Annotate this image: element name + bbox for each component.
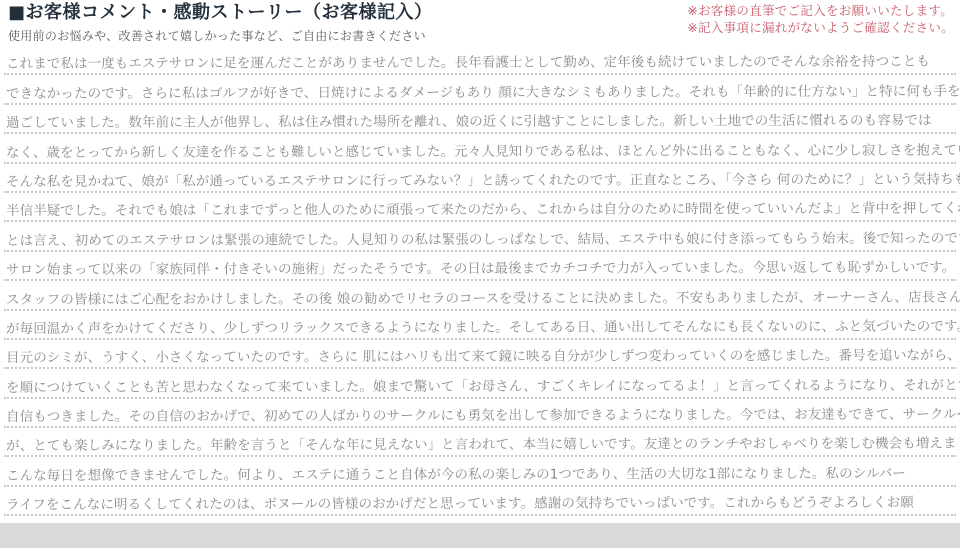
instruction-notes: ※お客様の直筆でご記入をお願いいたします。 ※記入事項に漏れがないようご確認くだ…	[687, 3, 954, 36]
handwritten-line: できなかったのです。さらに私はゴルフが好きで、日焼けによるダメージもあり 顔に大…	[4, 75, 956, 104]
handwritten-text: とは言え、初めてのエステサロンは緊張の連続でした。人見知りの私は緊張のしっぱなし…	[6, 226, 960, 249]
handwritten-text: を順につけていくことも苦と思わなくなって来ていました。娘まで驚いて「お母さん、す…	[6, 373, 960, 396]
handwritten-line: 過ごしていました。数年前に主人が他界し、私は住み慣れた場所を離れ、娘の近くに引越…	[4, 105, 956, 134]
comment-lines: これまで私は一度もエステサロンに足を運んだことがありませんでした。長年看護士とし…	[4, 46, 956, 546]
handwritten-text: 過ごしていました。数年前に主人が他界し、私は住み慣れた場所を離れ、娘の近くに引越…	[6, 109, 932, 131]
handwritten-text: これまで私は一度もエステサロンに足を運んだことがありませんでした。長年看護士とし…	[6, 50, 930, 72]
form-subtitle: 使用前のお悩みや、改善されて嬉しかった事など、ご自由にお書きください	[8, 27, 433, 44]
handwritten-text: サロン始まって以来の「家族同伴・付きそいの施術」だったそうです。その日は最後まで…	[6, 256, 955, 278]
handwritten-text: こんな毎日を想像できませんでした。何より、エステに通うこと自体が今の私の楽しみの…	[6, 462, 906, 484]
handwritten-line: 半信半疑でした。それでも娘は「これまでずっと他人のために頑張って来たのだから、こ…	[4, 193, 956, 222]
handwritten-line: スタッフの皆様にはご心配をおかけしました。その後 娘の勧めでリセラのコースを受け…	[4, 281, 956, 310]
handwritten-text: ライフをこんなに明るくしてくれたのは、ボヌールの皆様のおかげだと思っています。感…	[6, 491, 914, 513]
handwritten-text: 目元のシミが、うすく、小さくなっていたのです。さらに 肌にはハリも出て来て鏡に映…	[6, 344, 960, 367]
handwritten-text: 自信もつきました。その自信のおかげで、初めての人ばかりのサークルにも勇気を出して…	[6, 402, 960, 425]
handwritten-text: なく、歳をとってから新しく友達を作ることも難しいと感じていました。元々人見知りで…	[6, 138, 960, 161]
handwritten-text: が、とても楽しみになりました。年齢を言うと「そんな年に見えない」と言われて、本当…	[6, 432, 960, 455]
handwritten-line: 自信もつきました。その自信のおかげで、初めての人ばかりのサークルにも勇気を出して…	[4, 399, 956, 428]
handwritten-line: とは言え、初めてのエステサロンは緊張の連続でした。人見知りの私は緊張のしっぱなし…	[4, 222, 956, 251]
footer-gray-band	[0, 523, 960, 548]
handwritten-line: なく、歳をとってから新しく友達を作ることも難しいと感じていました。元々人見知りで…	[4, 134, 956, 163]
instruction-note-2: ※記入事項に漏れがないようご確認ください。	[687, 20, 954, 37]
handwritten-line: を順につけていくことも苦と思わなくなって来ていました。娘まで驚いて「お母さん、す…	[4, 369, 956, 398]
handwritten-text: 半信半疑でした。それでも娘は「これまでずっと他人のために頑張って来たのだから、こ…	[6, 197, 960, 220]
form-title: ■お客様コメント・感動ストーリー（お客様記入）	[8, 2, 433, 25]
handwritten-line: 目元のシミが、うすく、小さくなっていたのです。さらに 肌にはハリも出て来て鏡に映…	[4, 340, 956, 369]
customer-comment-form: ■お客様コメント・感動ストーリー（お客様記入） 使用前のお悩みや、改善されて嬉し…	[0, 0, 960, 548]
instruction-note-1: ※お客様の直筆でご記入をお願いいたします。	[687, 3, 954, 20]
handwritten-line: こんな毎日を想像できませんでした。何より、エステに通うこと自体が今の私の楽しみの…	[4, 457, 956, 486]
handwritten-text: できなかったのです。さらに私はゴルフが好きで、日焼けによるダメージもあり 顔に大…	[6, 79, 960, 102]
handwritten-text: スタッフの皆様にはご心配をおかけしました。その後 娘の勧めでリセラのコースを受け…	[6, 285, 960, 308]
handwritten-line: サロン始まって以来の「家族同伴・付きそいの施術」だったそうです。その日は最後まで…	[4, 252, 956, 281]
handwritten-line: が毎回温かく声をかけてくださり、少しずつリラックスできるようになりました。そして…	[4, 311, 956, 340]
handwritten-line: そんな私を見かねて、娘が「私が通っているエステサロンに行ってみない？」と誘ってく…	[4, 164, 956, 193]
handwritten-line: ライフをこんなに明るくしてくれたのは、ボヌールの皆様のおかげだと思っています。感…	[4, 487, 956, 516]
handwritten-line: これまで私は一度もエステサロンに足を運んだことがありませんでした。長年看護士とし…	[4, 46, 956, 75]
form-header: ■お客様コメント・感動ストーリー（お客様記入） 使用前のお悩みや、改善されて嬉し…	[8, 2, 433, 44]
handwritten-text: が毎回温かく声をかけてくださり、少しずつリラックスできるようになりました。そして…	[6, 314, 960, 337]
handwritten-text: そんな私を見かねて、娘が「私が通っているエステサロンに行ってみない？」と誘ってく…	[6, 167, 960, 190]
handwritten-line: が、とても楽しみになりました。年齢を言うと「そんな年に見えない」と言われて、本当…	[4, 428, 956, 457]
